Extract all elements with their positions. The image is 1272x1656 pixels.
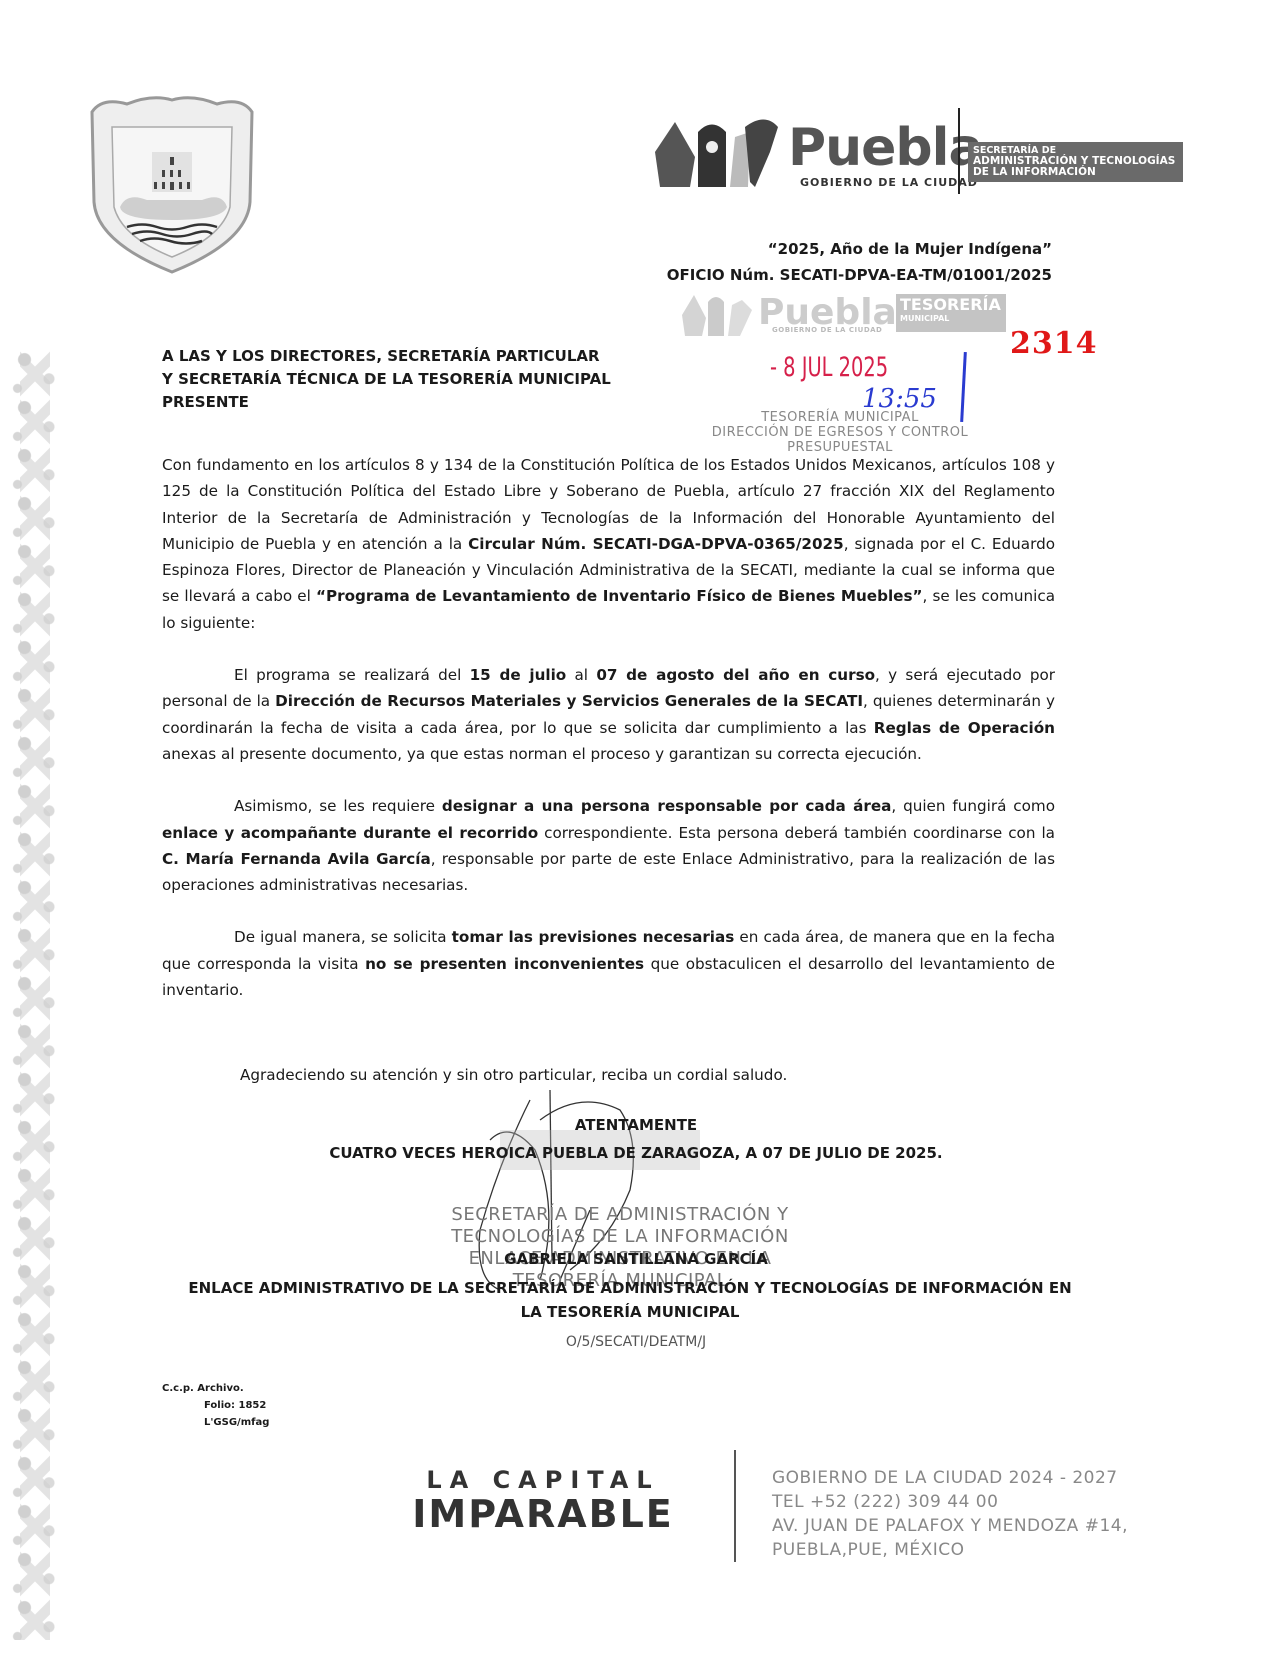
letter-body: Con fundamento en los artículos 8 y 134 … (162, 452, 1055, 1029)
puebla-landmarks-icon (680, 290, 755, 336)
emphasis-text: “Programa de Levantamiento de Inventario… (316, 587, 922, 605)
oficio-number: OFICIO Núm. SECATI-DPVA-EA-TM/01001/2025 (667, 266, 1052, 284)
tesoreria-badge: TESORERÍA MUNICIPAL (896, 294, 1006, 332)
signer-title-line: ENLACE ADMINISTRATIVO DE LA SECRETARÍA D… (150, 1276, 1110, 1300)
emphasis-text: enlace y acompañante durante el recorrid… (162, 824, 538, 842)
emphasis-text: C. María Fernanda Avila García (162, 850, 431, 868)
paragraph-responsible-person: Asimismo, se les requiere designar a una… (162, 793, 1055, 898)
addressee-line: Y SECRETARÍA TÉCNICA DE LA TESORERÍA MUN… (162, 368, 611, 391)
tesoreria-stamp-logo: Puebla GOBIERNO DE LA CIUDAD TESORERÍA M… (680, 290, 1010, 340)
emphasis-text: designar a una persona responsable por c… (442, 797, 891, 815)
body-text: Asimismo, se les requiere (234, 797, 442, 815)
emphasis-text: Circular Núm. SECATI-DGA-DPVA-0365/2025 (468, 535, 844, 553)
body-text: anexas al presente documento, ya que est… (162, 745, 922, 763)
emphasis-text: no se presenten inconvenientes (365, 955, 644, 973)
la-capital-imparable-logo: LA CAPITAL IMPARABLE (398, 1466, 688, 1534)
ccp-line: C.c.p. Archivo. (162, 1383, 244, 1394)
signer-title-line: LA TESORERÍA MUNICIPAL (150, 1300, 1110, 1324)
reception-office-stamp: TESORERÍA MUNICIPAL DIRECCIÓN DE EGRESOS… (690, 410, 990, 455)
seal-reference: O/5/SECATI/DEATM/J (0, 1334, 1272, 1350)
seal-line: SECRETARÍA DE ADMINISTRACIÓN Y (420, 1204, 820, 1226)
year-motto: “2025, Año de la Mujer Indígena” (768, 240, 1052, 258)
footer-divider (734, 1450, 736, 1562)
body-text: De igual manera, se solicita (234, 928, 452, 946)
valediction: ATENTAMENTE (0, 1116, 1272, 1134)
body-text: El programa se realizará del (234, 666, 470, 684)
place-and-date: CUATRO VECES HEROICA PUEBLA DE ZARAGOZA,… (0, 1144, 1272, 1162)
initials-line: L'GSG/mfag (162, 1414, 269, 1431)
seal-line: TECNOLOGÍAS DE LA INFORMACIÓN (420, 1226, 820, 1248)
badge-subtitle: MUNICIPAL (900, 314, 1002, 324)
addressee-line: A LAS Y LOS DIRECTORES, SECRETARÍA PARTI… (162, 345, 611, 368)
footer-city: PUEBLA,PUE, MÉXICO (772, 1538, 1128, 1562)
logo-subtitle: GOBIERNO DE LA CIUDAD (800, 176, 978, 189)
logo-wordmark: Puebla (788, 122, 983, 174)
carbon-copy-block: C.c.p. Archivo. Folio: 1852 L'GSG/mfag (162, 1380, 269, 1431)
secretariat-line: DE LA INFORMACIÓN (973, 167, 1178, 178)
signer-name: GABRIELA SANTILLANA GARCÍA (0, 1250, 1272, 1268)
footer-contact-info: GOBIERNO DE LA CIUDAD 2024 - 2027 TEL +5… (772, 1466, 1128, 1562)
addressee-line: PRESENTE (162, 391, 611, 414)
emphasis-text: 15 de julio (470, 666, 567, 684)
body-text: , quien fungirá como (891, 797, 1055, 815)
footer-address: AV. JUAN DE PALAFOX Y MENDOZA #14, (772, 1514, 1128, 1538)
paragraph-program-dates: El programa se realizará del 15 de julio… (162, 662, 1055, 767)
stamp-office-line: DIRECCIÓN DE EGRESOS Y CONTROL (690, 425, 990, 440)
government-logo: Puebla GOBIERNO DE LA CIUDAD SECRETARÍA … (650, 108, 1190, 194)
emphasis-text: tomar las previsiones necesarias (452, 928, 735, 946)
emphasis-text: 07 de agosto del año en curso (596, 666, 875, 684)
paragraph-legal-basis: Con fundamento en los artículos 8 y 134 … (162, 452, 1055, 636)
brand-bottom: IMPARABLE (398, 1494, 688, 1534)
decorative-border (0, 350, 70, 1640)
received-date-stamp: - 8 JUL 2025 (770, 352, 888, 383)
paragraph-provisions: De igual manera, se solicita tomar las p… (162, 924, 1055, 1003)
body-text: al (566, 666, 596, 684)
puebla-landmarks-icon (650, 112, 785, 190)
secretariat-badge: SECRETARÍA DE ADMINISTRACIÓN Y TECNOLOGÍ… (968, 142, 1183, 182)
brand-top: LA CAPITAL (398, 1466, 688, 1494)
municipal-crest-icon (82, 92, 262, 276)
footer-line: GOBIERNO DE LA CIUDAD 2024 - 2027 (772, 1466, 1128, 1490)
stamp-office-line: TESORERÍA MUNICIPAL (690, 410, 990, 425)
logo-divider (958, 108, 960, 194)
signer-title: ENLACE ADMINISTRATIVO DE LA SECRETARÍA D… (150, 1276, 1110, 1324)
emphasis-text: Dirección de Recursos Materiales y Servi… (275, 692, 863, 710)
emphasis-text: Reglas de Operación (874, 719, 1055, 737)
badge-title: TESORERÍA (900, 295, 1001, 314)
body-text: correspondiente. Esta persona deberá tam… (538, 824, 1055, 842)
addressee-block: A LAS Y LOS DIRECTORES, SECRETARÍA PARTI… (162, 345, 611, 414)
footer-phone: TEL +52 (222) 309 44 00 (772, 1490, 1128, 1514)
stamp-subtitle: GOBIERNO DE LA CIUDAD (772, 326, 882, 334)
folio-line: Folio: 1852 (162, 1397, 269, 1414)
folio-stamp-number: 2314 (1010, 326, 1098, 361)
